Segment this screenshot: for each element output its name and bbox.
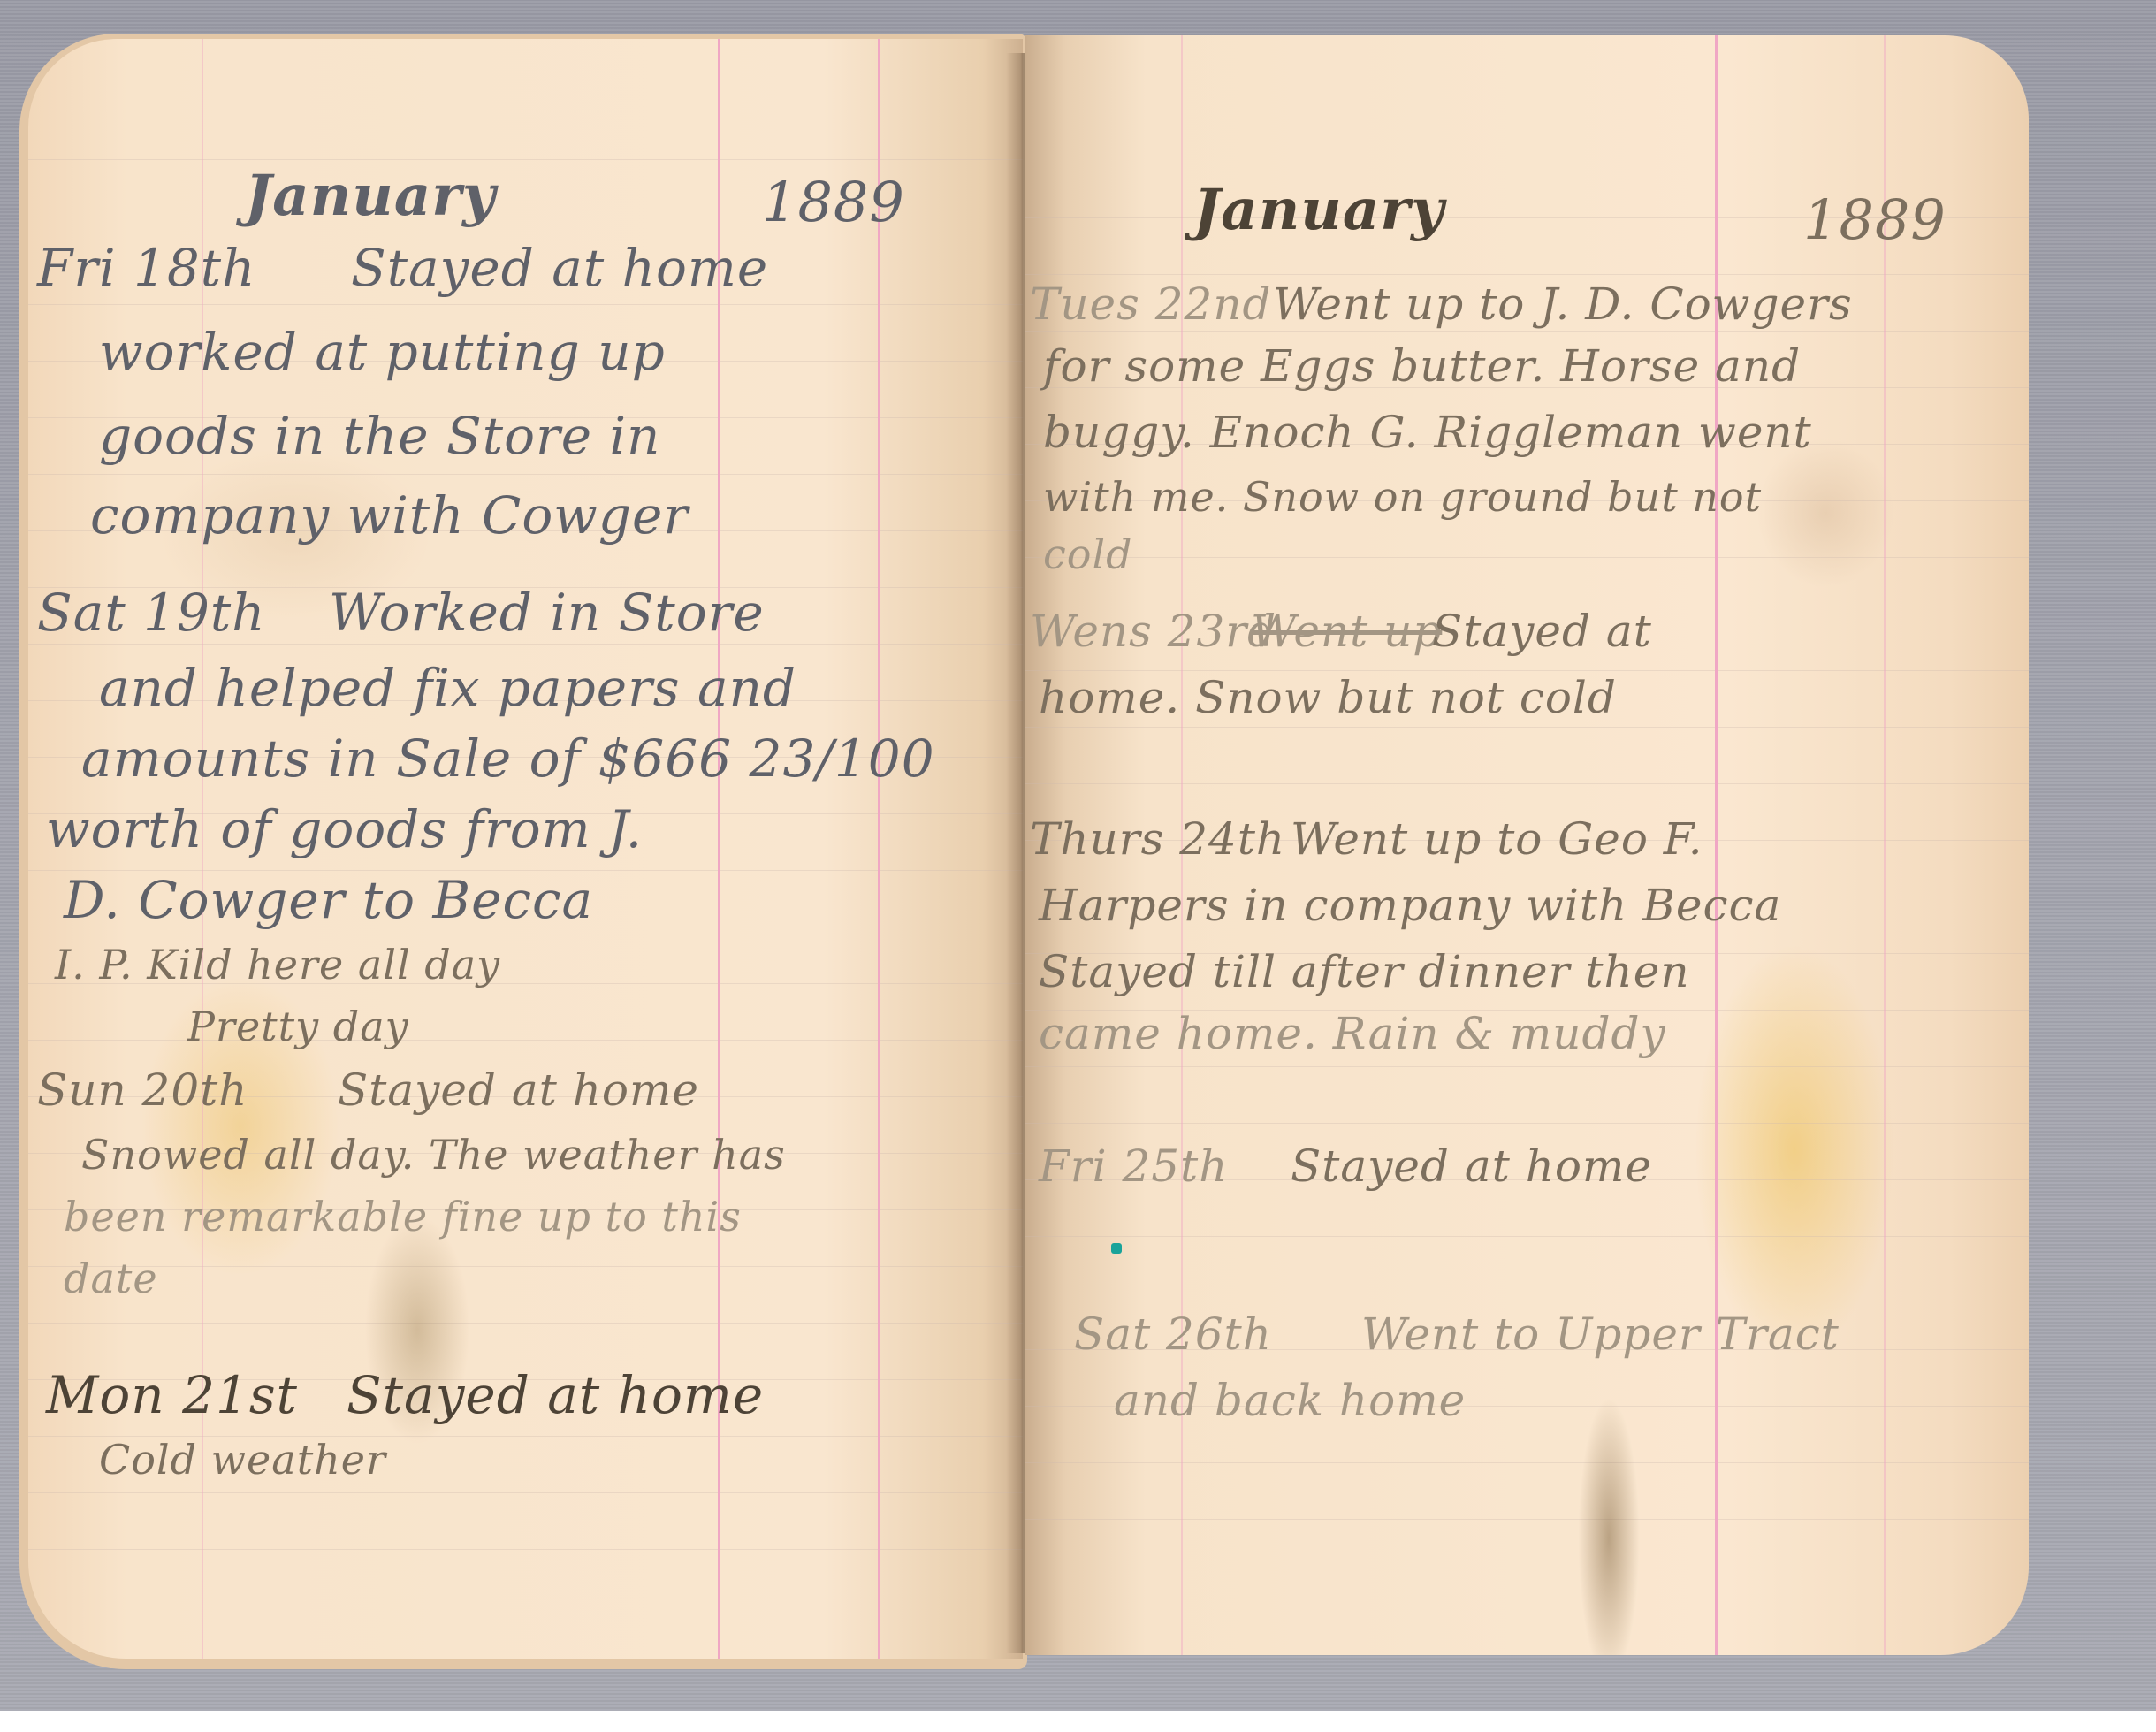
ruled-line	[1025, 1293, 2029, 1293]
column-rule	[1884, 35, 1886, 1655]
entry-line: and helped fix papers and	[99, 658, 796, 718]
entry-day-label: Sat 26th	[1074, 1309, 1272, 1360]
entry-line: Pretty day	[187, 1003, 409, 1050]
entry-line: date	[64, 1255, 158, 1302]
ruled-line	[28, 1040, 1023, 1041]
entry-line: Harpers in company with Becca	[1039, 880, 1781, 931]
entry-day-label: Wens 23rd	[1030, 606, 1276, 657]
left-page: January 1889 Fri 18th Stayed at home wor…	[28, 39, 1023, 1659]
page-year-heading: 1889	[762, 170, 905, 234]
entry-line: Went to Upper Tract	[1361, 1309, 1840, 1360]
ruled-line	[28, 1492, 1023, 1493]
entry-day-label: Fri 18th	[37, 238, 255, 298]
ruled-line	[1025, 331, 2029, 332]
ruled-line	[28, 159, 1023, 160]
entry-line: worth of goods from J.	[46, 799, 643, 859]
entry-line: company with Cowger	[90, 485, 689, 546]
entry-line: came home. Rain & muddy	[1039, 1008, 1666, 1059]
entry-line: Went up to J. D. Cowgers	[1273, 278, 1853, 330]
entry-line: goods in the Store in	[99, 406, 660, 466]
entry-line: worked at putting up	[99, 322, 666, 382]
struck-out-text: Went up	[1251, 606, 1442, 657]
entry-line: Stayed till after dinner then	[1039, 946, 1690, 997]
water-stain	[1578, 1397, 1640, 1655]
entry-line: for some Eggs butter. Horse and	[1043, 340, 1801, 392]
entry-day-label: Thurs 24th	[1030, 813, 1285, 865]
ruled-line	[1025, 727, 2029, 728]
ruled-line	[1025, 1462, 2029, 1463]
entry-line: been remarkable fine up to this	[64, 1193, 742, 1240]
entry-line: D. Cowger to Becca	[64, 870, 593, 930]
entry-line: Went up to Geo F.	[1291, 813, 1703, 865]
entry-line: Cold weather	[99, 1436, 386, 1484]
entry-day-label: Tues 22nd	[1030, 278, 1272, 330]
ruled-line	[28, 304, 1023, 305]
ruled-line	[1025, 557, 2029, 558]
entry-day-label: Sat 19th	[37, 583, 266, 643]
entry-line: amounts in Sale of $666 23/100	[81, 729, 935, 789]
ruled-line	[28, 644, 1023, 645]
entry-line: Worked in Store	[329, 583, 765, 643]
ruled-line	[1025, 670, 2029, 671]
entry-line: buggy. Enoch G. Riggleman went	[1043, 407, 1812, 458]
scan-bottom-margin	[0, 1711, 2156, 1732]
entry-line: Snowed all day. The weather has	[81, 1131, 786, 1179]
ruled-line	[1025, 1576, 2029, 1576]
entry-line: Stayed at home	[347, 1365, 764, 1425]
entry-line: and back home	[1114, 1375, 1466, 1426]
right-page: January 1889 Tues 22nd Went up to J. D. …	[1025, 35, 2029, 1655]
entry-day-label: Fri 25th	[1039, 1141, 1228, 1192]
ruled-line	[1025, 1066, 2029, 1067]
ruled-line	[1025, 274, 2029, 275]
page-month-heading: January	[245, 163, 496, 229]
ruled-line	[28, 1606, 1023, 1606]
entry-line: Stayed at home	[1291, 1141, 1652, 1192]
ruled-line	[28, 474, 1023, 475]
entry-day-label: Mon 21st	[46, 1365, 298, 1425]
entry-line: Stayed at home	[338, 1064, 699, 1116]
entry-line: Stayed at	[1432, 606, 1652, 657]
ruled-line	[1025, 1123, 2029, 1124]
page-month-heading: January	[1193, 177, 1444, 243]
page-year-heading: 1889	[1803, 187, 1946, 252]
ruled-line	[1025, 1236, 2029, 1237]
ruled-line	[1025, 783, 2029, 784]
entry-line: cold	[1043, 530, 1133, 578]
entry-line: with me. Snow on ground but not	[1043, 473, 1762, 521]
column-rule	[878, 39, 880, 1659]
entry-day-label: Sun 20th	[37, 1064, 248, 1116]
ruled-line	[28, 1266, 1023, 1267]
ruled-line	[28, 1323, 1023, 1324]
entry-line: home. Snow but not cold	[1039, 672, 1617, 723]
ink-speck	[1111, 1243, 1122, 1254]
entry-line: I. P. Kild here all day	[55, 941, 500, 988]
entry-line: Stayed at home	[351, 238, 768, 298]
ruled-line	[1025, 1519, 2029, 1520]
ruled-line	[28, 1549, 1023, 1550]
